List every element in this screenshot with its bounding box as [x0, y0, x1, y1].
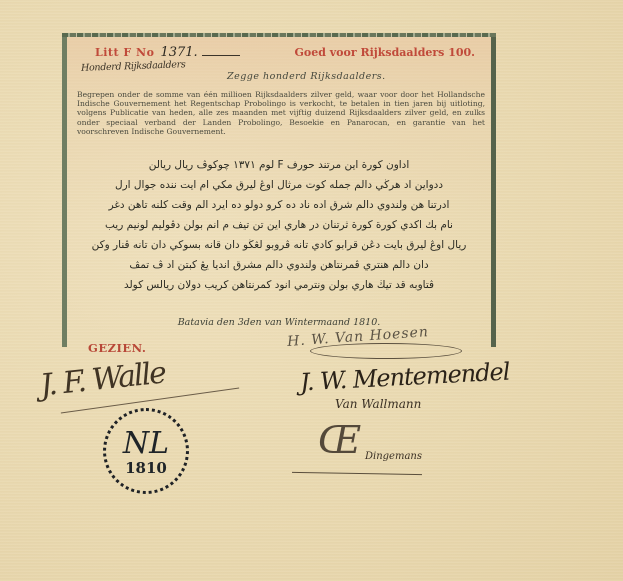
dutch-body-text: Begrepen onder de somme van één millioen…	[77, 90, 485, 136]
serial-underline	[202, 55, 240, 56]
serial-number: 1371.	[160, 45, 197, 60]
signature-left: J. F. Walle	[39, 356, 167, 404]
jawi-line: نام بك اكدي كورة كورة ثرتنان در هاري اين…	[75, 215, 483, 235]
jawi-line: ادرتنا هن ولندوي دالم شرق اده ناد ده كرو…	[75, 195, 483, 215]
stamp-monogram: NL	[123, 428, 169, 460]
stamp-year: 1810	[125, 460, 167, 476]
litt-label: Litt F No	[95, 46, 154, 59]
jawi-line: دان دالم هنتري ڤمرنتاهن ولندوي دالم مشرق…	[75, 255, 483, 275]
note-border-frame: Litt F No 1371. Goed voor Rijksdaalders …	[62, 33, 496, 347]
jawi-line: ريال اوڠ ليرق بايت دڠن قرابو كادي تانه ڤ…	[75, 235, 483, 255]
note-header: Litt F No 1371. Goed voor Rijksdaalders …	[95, 45, 481, 60]
signature-underline	[292, 472, 422, 475]
signature-flourish-loop	[310, 343, 462, 359]
signature-main: J. W. Mentemendel	[299, 358, 510, 397]
signature-monogram-flourish: Œ	[318, 418, 361, 462]
jawi-line: ددواين اد هرڬي دالم جمله كوت مرثال اوڠ ل…	[75, 175, 483, 195]
signature-bottom: Dingemans	[365, 451, 422, 462]
jawi-line: ڤتاوبه قد تيڬ هاري بولن ونترمي انود كمرن…	[75, 275, 483, 295]
seal-stamp: NL 1810	[103, 408, 189, 494]
value-label: Goed voor Rijksdaalders 100.	[295, 46, 475, 59]
jawi-line: اداون كورة اين مرتند حورف F لوم ۱۳۷۱ چوك…	[75, 155, 483, 175]
signature-main-sub: Van Wallmann	[335, 397, 421, 411]
handwritten-amount: Honderd Rijksdaalders	[81, 59, 186, 74]
jawi-body-text: اداون كورة اين مرتند حورف F لوم ۱۳۷۱ چوك…	[75, 155, 483, 295]
gezien-label: GEZIEN.	[88, 341, 146, 355]
printed-amount: Zegge honderd Rijksdaalders.	[227, 71, 386, 82]
